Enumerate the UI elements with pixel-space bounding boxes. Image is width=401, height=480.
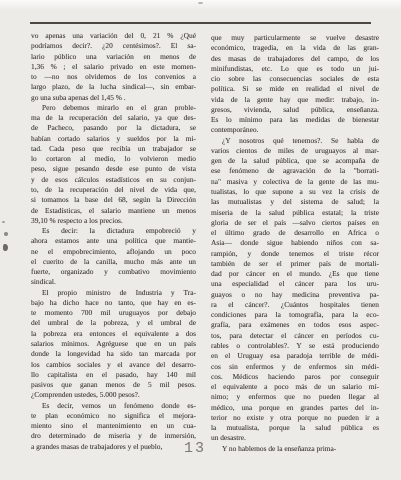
scan-speck [198,2,203,4]
text-line: Asia— donde sigue habiendo niños con sa- [211,238,379,248]
margin-speck [2,221,5,223]
text-column-right: que muy particularmente se vuelve desast… [211,33,379,454]
text-line: ¿Y nosotros qué tenemos?. Se habla de [211,136,379,146]
text-line: sindical. [31,277,196,287]
scanned-book-page: vo apenas una variación del 0, 21 % ¿Qué… [0,0,401,480]
text-line: fuerte, organizado y combativo movimient… [31,267,196,277]
text-line: te momento 700 mil uruguayos por debajo [31,308,196,318]
header-rule [30,22,371,24]
text-line: to, de la recuperación del nivel de vida… [31,185,196,195]
text-line: la mutualista, porque la salud pública e… [211,423,379,433]
text-line: 1,36 % ; el salario privado en este mome… [31,62,196,72]
page-number: 13 [184,441,206,456]
text-line: un desastre. [211,433,379,443]
text-line: to —no nos olvidemos de los convenios a [31,72,196,82]
text-line: rables o controlables?. Y se está produc… [211,341,379,351]
text-line: cio sobre las consecuencias sociales de … [211,74,379,84]
text-line: a grandes masas de trabajadores y el pue… [31,442,196,452]
text-line: y de esos cálculos estadísticos en su co… [31,175,196,185]
text-line: habían cortado salarios y sueldos por la… [31,134,196,144]
paragraph: Y no hablemos de la enseñanza prima- [211,444,379,454]
margin-speck [4,232,8,236]
text-line: miento sino el mantenimiento en un cua- [31,421,196,431]
margin-speck [3,244,8,251]
text-line: peso, sigue pesando desde ese punto de v… [31,164,196,174]
paragraph: Pero debemos mirarlo en el gran proble-m… [31,103,196,226]
text-line: lo cortaron al medio, lo volvieron medio [31,154,196,164]
text-line: 39,10 % respecto a los precios. [31,216,196,226]
text-line: ra el cáncer?. ¿Cuántos hospitales tiene… [211,300,379,310]
text-line: pasivos que ganan menos de 5 mil pesos. [31,380,196,390]
text-line: vida de la gente hay que medir: trabajo,… [211,95,379,105]
text-line: si tomamos la base del 68, según la Dire… [31,195,196,205]
text-line: vo apenas una variación del 0, 21 % ¿Qué [31,31,196,41]
text-line: na" masiva y colectiva de la gente de la… [211,177,379,187]
text-line: gen de la salud pública, que se acompaña… [211,156,379,166]
text-line: de Estadísticas, el salario mantiene un … [31,206,196,216]
paragraph: que muy particularmente se vuelve desast… [211,33,379,136]
text-column-left: vo apenas una variación del 0, 21 % ¿Qué… [31,31,196,452]
text-line: el equivalente a poco más de un salario … [211,382,379,392]
text-line: de Pacheco, pasando por la dictadura, se [31,123,196,133]
text-line: los cambios sociales y el avance del des… [31,360,196,370]
text-line: gresos, vivienda, salud pública, enseñan… [211,105,379,115]
text-line: nimo; y enfermos que no pueden llegar al [211,392,379,402]
text-line: cos. Médicos haciendo paros por consegui… [211,372,379,382]
text-line: lario público una variación en menos de [31,52,196,62]
text-line: grafía, para exámenes en todos esos aspe… [211,320,379,330]
text-line: podríamos decir?. ¿20 centésimos?. El sa… [31,41,196,51]
text-line: ese fenómeno de agravación de la "borrat… [211,166,379,176]
text-line: tad. Cada peso que recibía un trabajador… [31,144,196,154]
text-line: gloria de ser el país —salvo ciertos paí… [211,218,379,228]
text-line: contemporáneo. [211,125,379,135]
text-line: cos sin enfermos y de enfermos sin médi- [211,362,379,372]
text-line: El propio ministro de Industria y Tra- [31,288,196,298]
text-line: Pero debemos mirarlo en el gran proble- [31,103,196,113]
text-line: dro determinado de miseria y de inmersió… [31,431,196,441]
text-line: ahora estamos ante una política que mant… [31,236,196,246]
text-line: Es decir: la dictadura empobreció y [31,226,196,236]
text-line: te plan económico no significa el mejora… [31,411,196,421]
text-line: tualistas, lo que supone a su vez la cri… [211,187,379,197]
paragraph: Es decir, vemos un fenómeno donde es-te … [31,401,196,452]
text-line: también de ser el primer país de mortali… [211,259,379,269]
text-line: donde la longevidad ha sido tan marcada … [31,349,196,359]
text-line: ma de la recuperación del salario, ya qu… [31,113,196,123]
text-line: médico, una porque en grandes partes del… [211,403,379,413]
text-line: el último grado de desarrollo en Africa … [211,228,379,238]
text-line: en el Uruguay esa paradoja terrible de m… [211,351,379,361]
text-line: rampión, y donde tenemos el triste récor [211,249,379,259]
text-line: minifundistas, etc. Lo que es todo un ju… [211,64,379,74]
text-line: una especialidad el cáncer para los uru- [211,279,379,289]
text-line: tos, para detectar el cáncer en períodos… [211,331,379,341]
text-line: largo plazo, de la lucha sindical—, sin … [31,82,196,92]
text-line: ¿Comprenden ustedes, 5.000 pesos?. [31,390,196,400]
text-line: bajo ha dicho hace no tanto, que hay en … [31,298,196,308]
paragraph: El propio ministro de Industria y Tra-ba… [31,288,196,401]
text-line: que muy particularmente se vuelve desast… [211,33,379,43]
text-line: miseria de la salud pública estatal; la … [211,208,379,218]
text-line: condiciones para la tomografía, para la … [211,310,379,320]
text-line: económico, tragedia, en la vida de las g… [211,43,379,53]
text-line: Y no hablemos de la enseñanza prima- [211,444,379,454]
text-line: Es lo mínimo para las medidas de bienest… [211,115,379,125]
text-line: guayos o no hay medicina preventiva pa- [211,290,379,300]
paragraph: ¿Y nosotros qué tenemos?. Se habla devar… [211,136,379,444]
text-line: des masas de trabajadores del campo, de … [211,54,379,64]
text-line: go una suba apenas del 1,45 % . [31,93,196,103]
text-line: terior no existe y otra porque no pueden… [211,413,379,423]
text-line: llo capitalista en el pasado, hay 140 mi… [31,370,196,380]
text-line: Es decir, vemos un fenómeno donde es- [31,401,196,411]
text-line: política. Si se mide en realidad el nive… [211,84,379,94]
text-line: salarios mínimos. Agréguese que en un pa… [31,339,196,349]
text-line: del umbral de la pobreza, y el umbral de [31,318,196,328]
text-line: dad por cáncer en el mundo. ¿Es que tien… [211,269,379,279]
paragraph: Es decir: la dictadura empobreció yahora… [31,226,196,288]
paragraph: vo apenas una variación del 0, 21 % ¿Qué… [31,31,196,103]
text-line: varios cientos de miles de uruguayos al … [211,146,379,156]
text-line: las mutualistas y del sistema de salud; … [211,197,379,207]
text-line: el cuerito de la canilla, mucho más ante… [31,257,196,267]
text-line: ne el empobrecimiento, aflojando un poco [31,247,196,257]
text-line: la pobreza era entonces el equivalente a… [31,329,196,339]
